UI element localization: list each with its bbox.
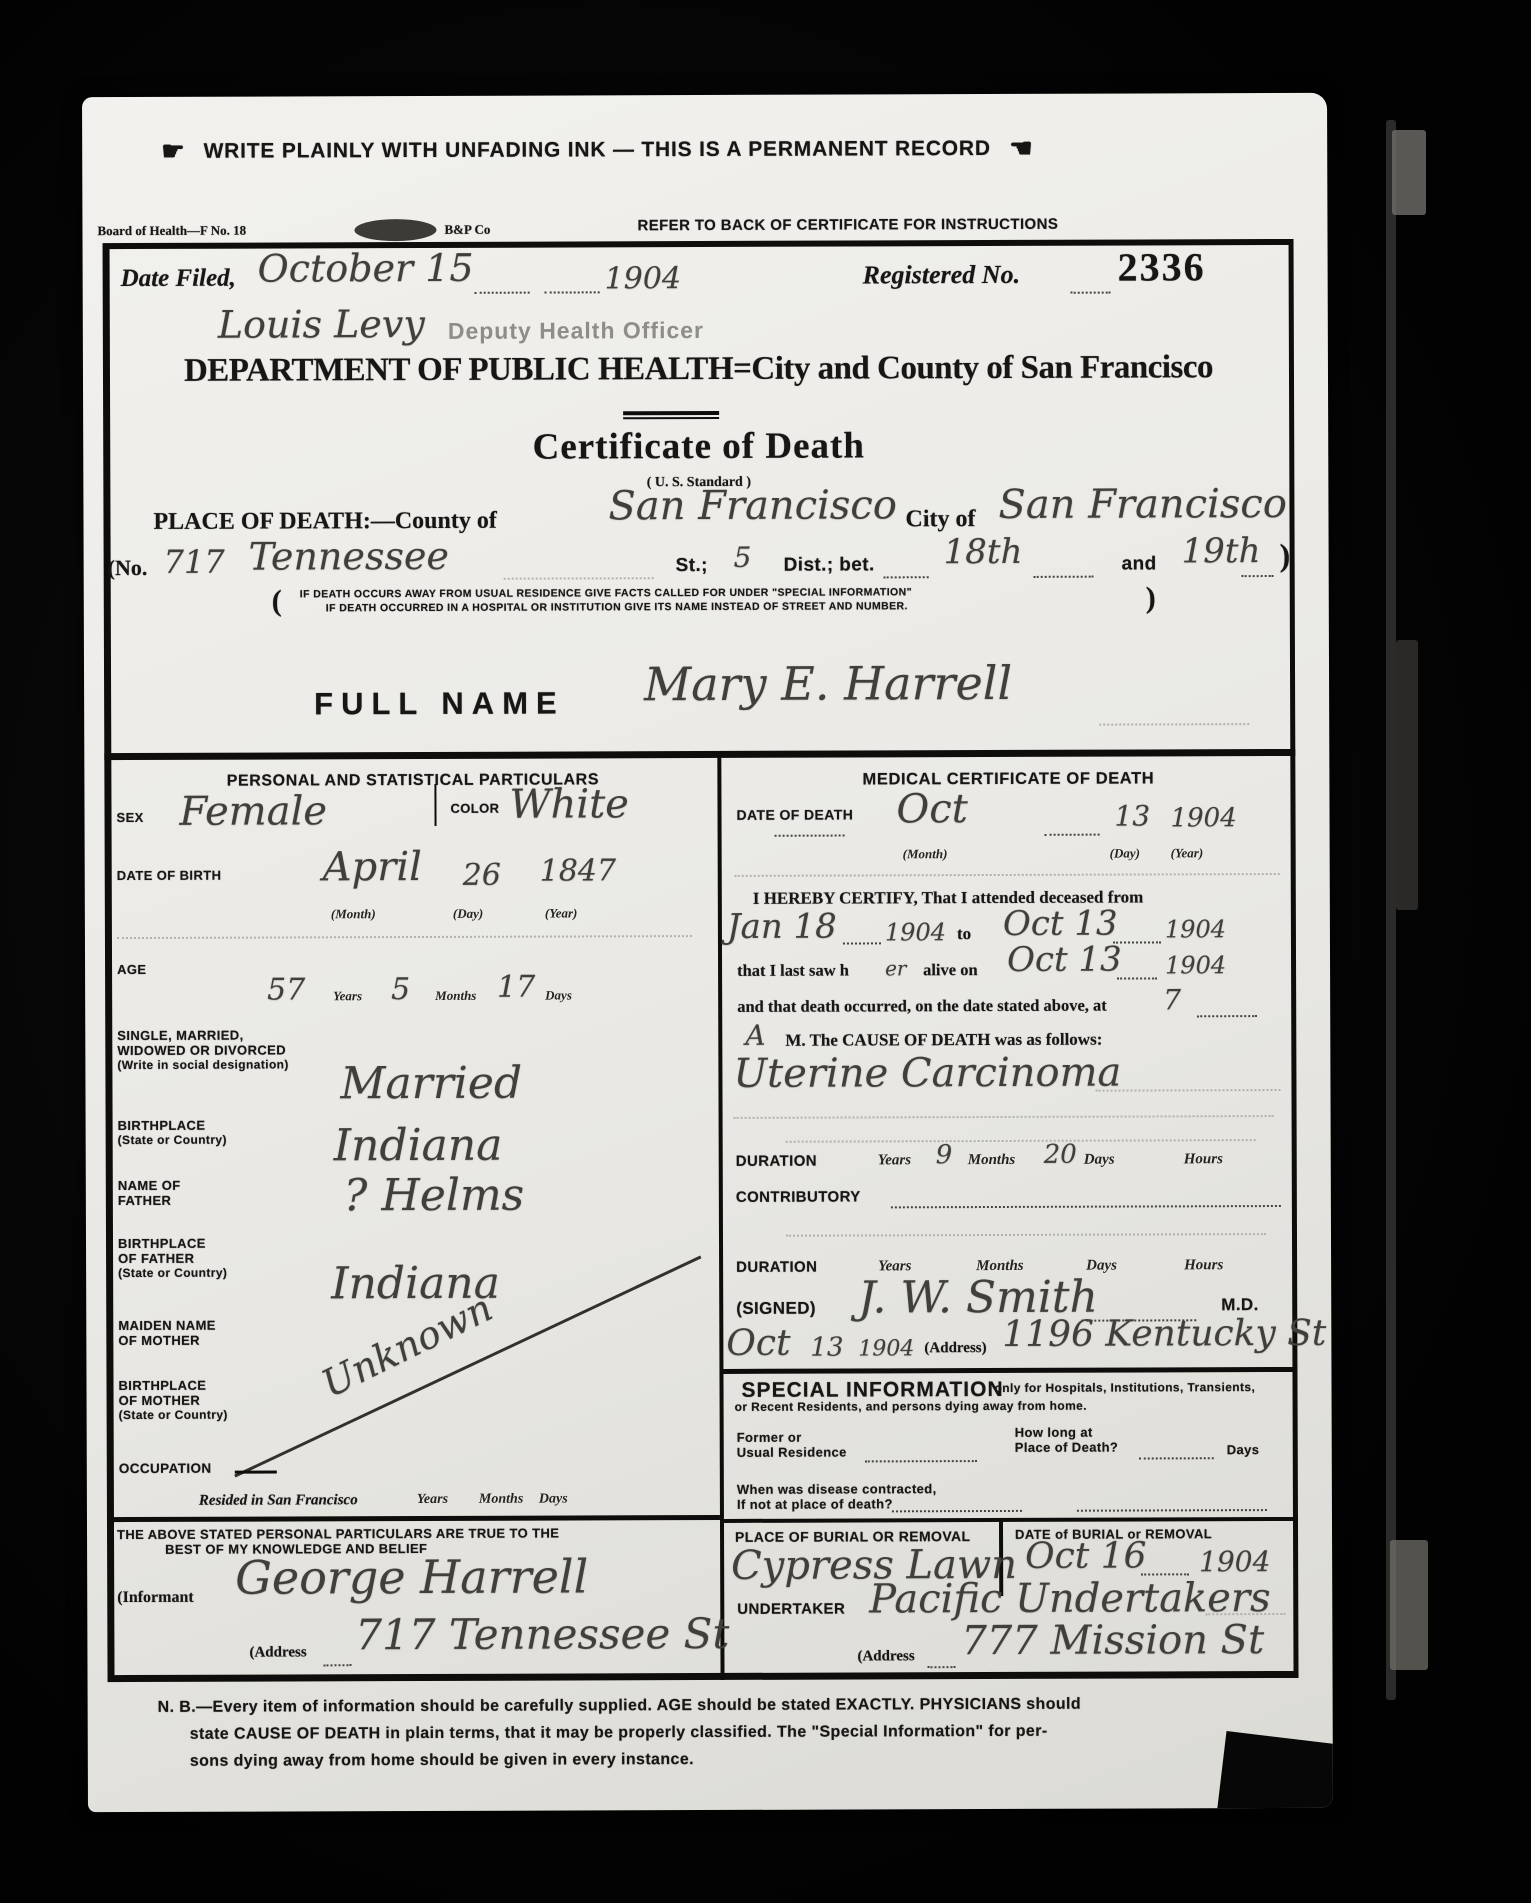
date-of-death-day: 13 bbox=[1114, 799, 1150, 832]
date-of-death-year: 1904 bbox=[1170, 803, 1236, 833]
disease-contracted-label-1: When was disease contracted, bbox=[737, 1482, 937, 1498]
fill-line bbox=[1071, 292, 1111, 294]
fill-line bbox=[1045, 834, 1100, 836]
fill-line bbox=[545, 291, 600, 293]
resided-days-caption: Days bbox=[539, 1491, 568, 1507]
dob-day-caption: (Day) bbox=[453, 906, 483, 922]
father-name-label-1: NAME OF bbox=[118, 1179, 181, 1194]
attended-from-value: Jan 18 bbox=[727, 907, 837, 947]
duration-1-label: DURATION bbox=[736, 1153, 817, 1171]
banner-text: WRITE PLAINLY WITH UNFADING INK — THIS I… bbox=[204, 137, 991, 163]
fill-line bbox=[865, 1460, 977, 1462]
certificate-title: Certificate of Death bbox=[103, 423, 1294, 470]
signed-year: 1904 bbox=[858, 1336, 914, 1361]
st-label: St.; bbox=[676, 555, 708, 577]
former-residence-label-2: Usual Residence bbox=[737, 1446, 847, 1461]
book-spine-strip bbox=[1386, 120, 1396, 1700]
registered-value: 2336 bbox=[1118, 243, 1206, 290]
age-months-value: 5 bbox=[391, 972, 410, 1007]
registered-label: Registered No. bbox=[863, 260, 1021, 291]
banner-row: ☛ WRITE PLAINLY WITH UNFADING INK — THIS… bbox=[92, 134, 1102, 167]
former-residence-label-1: Former or bbox=[737, 1431, 802, 1446]
attended-to-year: 1904 bbox=[1165, 915, 1226, 943]
sex-value: Female bbox=[179, 788, 327, 835]
signed-day: 13 bbox=[810, 1333, 843, 1363]
resided-years-caption: Years bbox=[417, 1492, 448, 1508]
between-street-1: 18th bbox=[944, 532, 1023, 572]
cause-intro: M. The CAUSE OF DEATH was as follows: bbox=[785, 1030, 1102, 1051]
birthplace-label-1: BIRTHPLACE bbox=[118, 1119, 206, 1134]
informant-address-label: (Address bbox=[249, 1644, 306, 1661]
duration-1-days-caption: Days bbox=[1084, 1152, 1115, 1169]
page-edge-fragment bbox=[1396, 640, 1418, 910]
medical-heading: MEDICAL CERTIFICATE OF DEATH bbox=[721, 769, 1295, 790]
form-number: Board of Health—F No. 18 bbox=[97, 223, 246, 240]
undertaker-address-label: (Address bbox=[857, 1648, 914, 1665]
mother-birthplace-label-3: (State or Country) bbox=[119, 1409, 228, 1423]
color-value: White bbox=[509, 781, 629, 827]
md-label: M.D. bbox=[1221, 1295, 1259, 1315]
physician-address-value: 1196 Kentucky St bbox=[1002, 1313, 1326, 1355]
occupation-label: OCCUPATION bbox=[119, 1461, 212, 1477]
informant-label: (Informant bbox=[117, 1589, 193, 1607]
sex-label: SEX bbox=[117, 811, 144, 826]
pointing-hand-left-icon: ☛ bbox=[161, 136, 185, 166]
fill-line bbox=[884, 576, 929, 578]
last-saw-pre: that I last saw h bbox=[737, 961, 849, 981]
title-rule bbox=[623, 411, 719, 415]
county-value: San Francisco bbox=[608, 482, 897, 529]
age-days-value: 17 bbox=[497, 970, 535, 1005]
between-street-2: 19th bbox=[1182, 531, 1261, 571]
fill-line bbox=[323, 1664, 351, 1666]
page-corner-shadow bbox=[1211, 1731, 1333, 1812]
physician-address-label: (Address) bbox=[924, 1340, 986, 1357]
contributory-label: CONTRIBUTORY bbox=[736, 1188, 861, 1206]
department-title: DEPARTMENT OF PUBLIC HEALTH=City and Cou… bbox=[103, 349, 1294, 390]
date-of-death-label: DATE OF DEATH bbox=[736, 806, 853, 823]
dob-label: DATE OF BIRTH bbox=[117, 869, 222, 884]
dob-month: April bbox=[323, 844, 422, 890]
date-of-death-month: Oct bbox=[896, 786, 967, 832]
place-of-death-label: PLACE OF DEATH:—County of bbox=[153, 508, 496, 536]
last-seen-year: 1904 bbox=[1165, 951, 1226, 979]
marital-label-3: (Write in social designation) bbox=[117, 1058, 288, 1072]
age-years-value: 57 bbox=[267, 972, 305, 1007]
field-tick bbox=[434, 784, 436, 826]
page-edge-fragment bbox=[1392, 130, 1426, 215]
fill-line bbox=[1197, 1015, 1257, 1017]
fill-line bbox=[1117, 977, 1157, 979]
fill-line bbox=[1034, 576, 1094, 578]
special-note-1: only for Hospitals, Institutions, Transi… bbox=[995, 1381, 1256, 1396]
mother-name-label-2: OF MOTHER bbox=[118, 1334, 200, 1349]
informant-address-value: 717 Tennessee St bbox=[355, 1609, 729, 1659]
attended-from-year: 1904 bbox=[885, 918, 946, 946]
footnote-line-1: N. B.—Every item of information should b… bbox=[158, 1696, 1081, 1718]
undertaker-label: UNDERTAKER bbox=[737, 1601, 845, 1619]
how-long-label-1: How long at bbox=[1015, 1426, 1093, 1441]
residence-note-1: IF DEATH OCCURS AWAY FROM USUAL RESIDENC… bbox=[300, 586, 912, 600]
city-label: City of bbox=[905, 506, 975, 533]
dob-year: 1847 bbox=[540, 853, 616, 888]
dod-day-caption: (Day) bbox=[1110, 845, 1140, 861]
fill-line bbox=[775, 835, 845, 837]
mother-birthplace-label-1: BIRTHPLACE bbox=[118, 1379, 206, 1394]
duration-1-years-value: 9 bbox=[936, 1140, 953, 1170]
residence-note-2: IF DEATH OCCURRED IN A HOSPITAL OR INSTI… bbox=[326, 600, 908, 614]
scan-background: ☛ WRITE PLAINLY WITH UNFADING INK — THIS… bbox=[0, 0, 1531, 1903]
color-label: COLOR bbox=[450, 802, 499, 817]
last-saw-er: er bbox=[885, 956, 906, 980]
fill-line bbox=[1205, 1613, 1285, 1615]
attended-to-value: Oct 13 bbox=[1003, 904, 1118, 944]
disease-contracted-label-2: If not at place of death? bbox=[737, 1497, 893, 1512]
last-seen-value: Oct 13 bbox=[1007, 940, 1122, 980]
footnote-line-2: state CAUSE OF DEATH in plain terms, tha… bbox=[190, 1723, 1048, 1744]
and-label: and bbox=[1122, 553, 1157, 575]
fill-line bbox=[927, 1666, 955, 1668]
age-years-caption: Years bbox=[333, 988, 362, 1004]
resided-months-caption: Months bbox=[479, 1492, 523, 1508]
undertaker-value: Pacific Undertakers bbox=[869, 1575, 1270, 1622]
page-edge-fragment bbox=[1390, 1540, 1428, 1670]
fill-line bbox=[1139, 1457, 1214, 1459]
age-label: AGE bbox=[117, 963, 146, 978]
father-birthplace-label-1: BIRTHPLACE bbox=[118, 1237, 206, 1252]
certificate-page: ☛ WRITE PLAINLY WITH UNFADING INK — THIS… bbox=[82, 93, 1333, 1812]
father-name-value: ? Helms bbox=[344, 1170, 525, 1222]
special-note-2: or Recent Residents, and persons dying a… bbox=[735, 1400, 1087, 1415]
father-birthplace-label-3: (State or Country) bbox=[118, 1267, 227, 1281]
printer-mark: B&P Co bbox=[444, 222, 490, 238]
fill-line bbox=[843, 942, 881, 944]
hour-value: 7 bbox=[1163, 983, 1181, 1016]
occupation-dash bbox=[235, 1471, 277, 1474]
signed-month: Oct bbox=[726, 1323, 790, 1364]
burial-date-value: Oct 16 bbox=[1025, 1535, 1147, 1576]
house-number: 717 bbox=[164, 543, 225, 581]
mother-name-label-1: MAIDEN NAME bbox=[118, 1319, 216, 1334]
signed-label: (SIGNED) bbox=[736, 1299, 816, 1319]
title-rule bbox=[623, 417, 719, 419]
no-label: (No. bbox=[108, 555, 148, 581]
full-name-label: FULL NAME bbox=[314, 685, 565, 722]
note-paren-close: ) bbox=[1146, 581, 1156, 615]
how-long-label-2: Place of Death? bbox=[1015, 1441, 1119, 1456]
district-value: 5 bbox=[734, 541, 752, 574]
date-filed-label: Date Filed, bbox=[121, 265, 236, 293]
dob-day: 26 bbox=[463, 858, 501, 893]
days-label: Days bbox=[1227, 1443, 1260, 1458]
age-months-caption: Months bbox=[435, 988, 476, 1004]
duration-1-months-value: 20 bbox=[1044, 1140, 1077, 1170]
dob-month-caption: (Month) bbox=[331, 906, 376, 922]
footnote-line-3: sons dying away from home should be give… bbox=[190, 1751, 694, 1771]
fill-line bbox=[1242, 575, 1274, 577]
fill-line bbox=[475, 292, 530, 294]
duration-1-years-caption: Years bbox=[878, 1152, 911, 1169]
age-days-caption: Days bbox=[545, 987, 572, 1003]
duration-1-hours-caption: Hours bbox=[1184, 1151, 1223, 1168]
to-label: to bbox=[957, 924, 971, 944]
resided-label: Resided in San Francisco bbox=[199, 1492, 358, 1510]
informant-value: George Harrell bbox=[235, 1549, 588, 1604]
burial-date-year: 1904 bbox=[1199, 1545, 1270, 1578]
duration-2-hours-caption: Hours bbox=[1184, 1257, 1223, 1274]
duration-1-months-caption: Months bbox=[968, 1152, 1016, 1169]
date-filed-value: October 15 bbox=[258, 246, 474, 291]
dod-month-caption: (Month) bbox=[903, 846, 948, 862]
last-saw-post: alive on bbox=[923, 960, 978, 980]
occurred-line: and that death occurred, on the date sta… bbox=[737, 996, 1107, 1017]
mother-birthplace-label-2: OF MOTHER bbox=[119, 1394, 201, 1409]
birthplace-value: Indiana bbox=[334, 1120, 503, 1172]
ink-stamp-artifact bbox=[354, 219, 436, 241]
street-name: Tennessee bbox=[249, 534, 449, 579]
full-name-value: Mary E. Harrell bbox=[644, 656, 1012, 711]
cause-of-death-value: Uterine Carcinoma bbox=[733, 1050, 1121, 1097]
officer-stamp: Deputy Health Officer bbox=[448, 317, 704, 345]
date-filed-year: 1904 bbox=[605, 261, 681, 296]
father-birthplace-label-2: OF FATHER bbox=[118, 1252, 194, 1267]
dod-year-caption: (Year) bbox=[1171, 845, 1204, 861]
birthplace-label-2: (State or Country) bbox=[118, 1134, 227, 1148]
dob-year-caption: (Year) bbox=[545, 905, 578, 921]
refer-note: REFER TO BACK OF CERTIFICATE FOR INSTRUC… bbox=[637, 216, 1058, 235]
note-paren-open: ( bbox=[272, 584, 282, 618]
city-value: San Francisco bbox=[998, 481, 1287, 528]
undertaker-address-value: 777 Mission St bbox=[961, 1617, 1264, 1664]
district-label: Dist.; bet. bbox=[784, 554, 875, 576]
closing-paren: ) bbox=[1280, 537, 1291, 574]
marital-value: Married bbox=[340, 1058, 522, 1110]
officer-signature: Louis Levy bbox=[218, 302, 425, 347]
am-value: A bbox=[745, 1019, 765, 1052]
father-name-label-2: FATHER bbox=[118, 1194, 171, 1209]
pointing-hand-right-icon: ☚ bbox=[1009, 133, 1033, 163]
duration-2-label: DURATION bbox=[736, 1259, 817, 1277]
